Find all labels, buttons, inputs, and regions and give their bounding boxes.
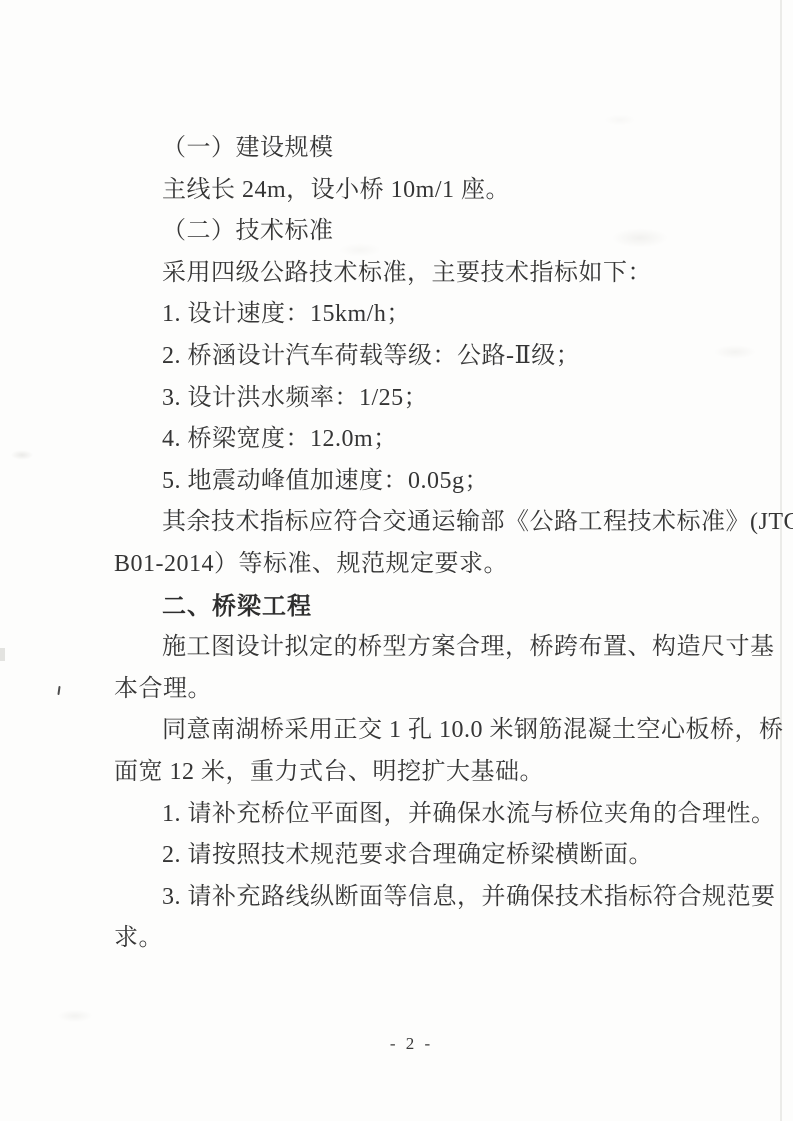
doc-line-item-1: 1. 请补充桥位平面图，并确保水流与桥位夹角的合理性。 <box>0 794 793 836</box>
doc-line-heading-2: （二）技术标准 <box>0 211 793 253</box>
doc-line-item-3: 3. 设计洪水频率：1/25； <box>0 378 793 420</box>
doc-line: 主线长 24m，设小桥 10m/1 座。 <box>0 170 793 212</box>
doc-line-item-2: 2. 请按照技术规范要求合理确定桥梁横断面。 <box>0 835 793 877</box>
doc-line-item-1: 1. 设计速度：15km/h； <box>0 294 793 336</box>
doc-line: 本合理。 <box>0 669 793 711</box>
doc-line: 求。 <box>0 918 793 960</box>
doc-line-heading-1: （一）建设规模 <box>0 128 793 170</box>
doc-section-heading: 二、桥梁工程 <box>0 586 793 628</box>
doc-line-item-3: 3. 请补充路线纵断面等信息，并确保技术指标符合规范要 <box>0 877 793 919</box>
doc-line: 同意南湖桥采用正交 1 孔 10.0 米钢筋混凝土空心板桥，桥 <box>0 710 793 752</box>
doc-line-item-4: 4. 桥梁宽度：12.0m； <box>0 419 793 461</box>
document-page: （一）建设规模 主线长 24m，设小桥 10m/1 座。 （二）技术标准 采用四… <box>0 0 793 1121</box>
doc-line-item-2: 2. 桥涵设计汽车荷载等级：公路-Ⅱ级； <box>0 336 793 378</box>
doc-line: 采用四级公路技术标准，主要技术指标如下： <box>0 253 793 295</box>
doc-line: 面宽 12 米，重力式台、明挖扩大基础。 <box>0 752 793 794</box>
doc-line-item-5: 5. 地震动峰值加速度：0.05g； <box>0 461 793 503</box>
document-body: （一）建设规模 主线长 24m，设小桥 10m/1 座。 （二）技术标准 采用四… <box>0 128 793 960</box>
page-number: - 2 - <box>15 1034 793 1054</box>
doc-line: 其余技术指标应符合交通运输部《公路工程技术标准》(JTG <box>0 502 793 544</box>
doc-line: 施工图设计拟定的桥型方案合理，桥跨布置、构造尺寸基 <box>0 627 793 669</box>
doc-line: B01-2014）等标准、规范规定要求。 <box>0 544 793 586</box>
